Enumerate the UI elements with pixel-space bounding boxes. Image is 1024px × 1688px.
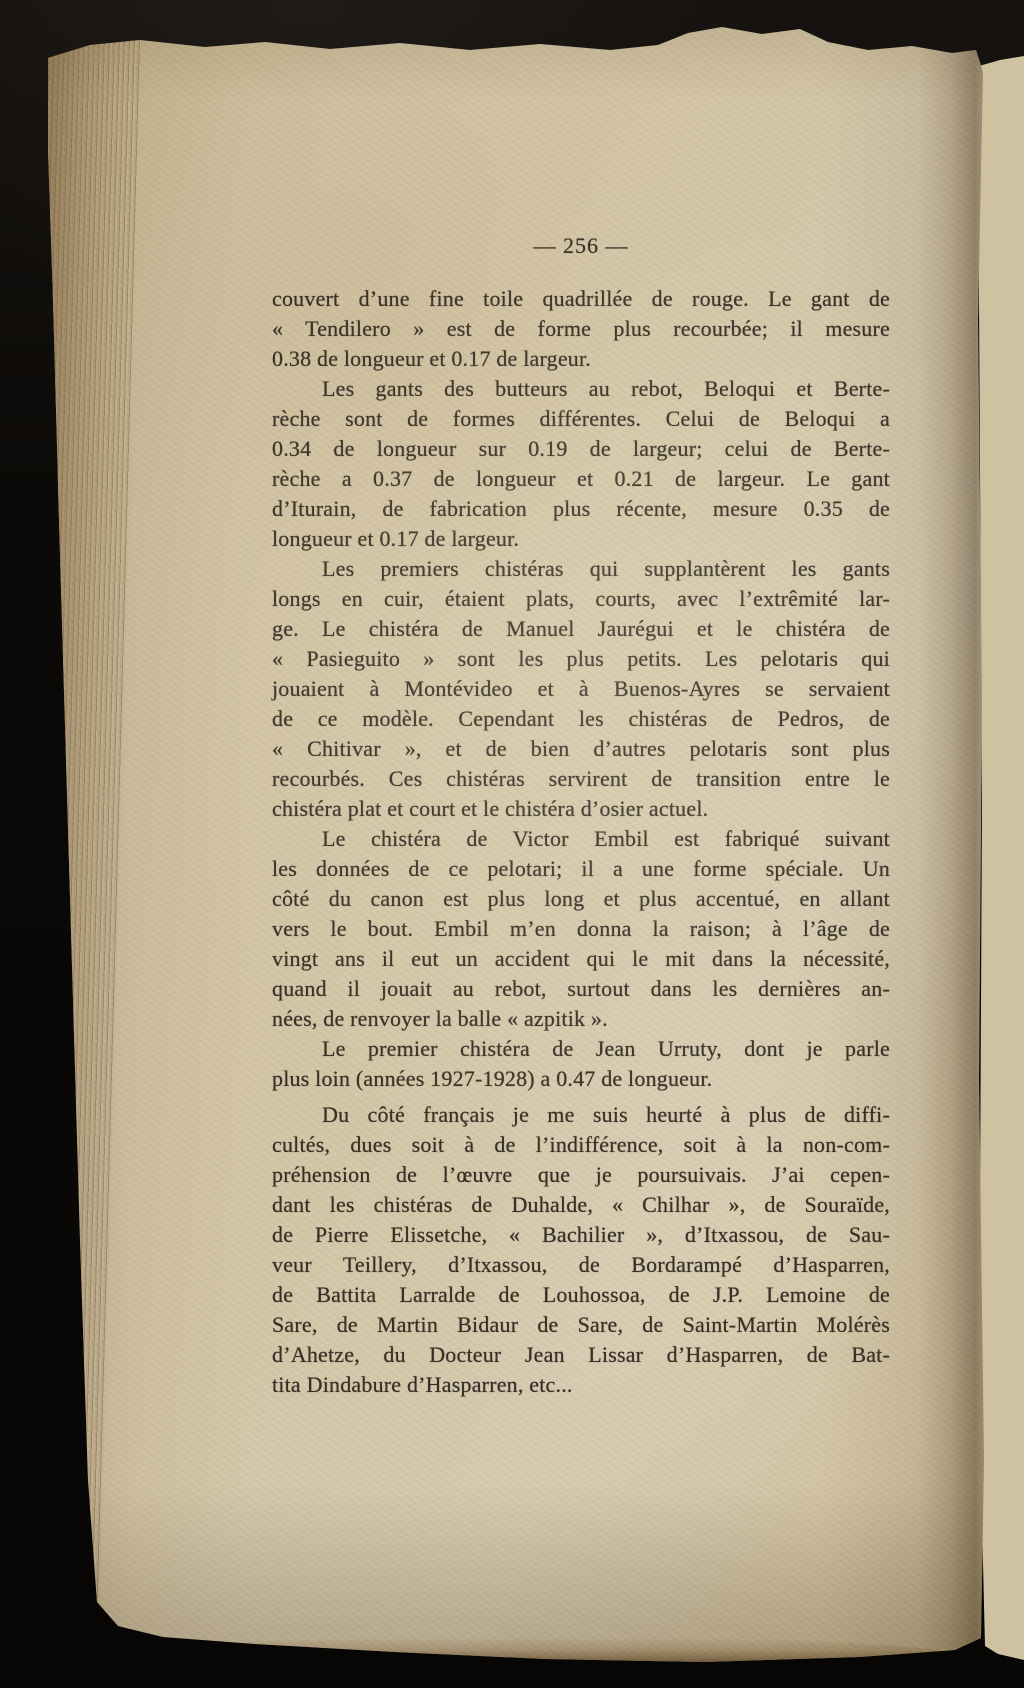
text-line: Le premier chistéra de Jean Urruty, dont… (272, 1034, 890, 1064)
text-line: de Battita Larralde de Louhossoa, de J.P… (272, 1280, 890, 1310)
text-line: vingt ans il eut un accident qui le mit … (272, 944, 890, 974)
text-line: rèche sont de formes différentes. Celui … (272, 404, 890, 434)
book-photo: — 256 — couvert d’une fine toile quadril… (0, 0, 1024, 1688)
text-line: jouaient à Montévideo et à Buenos-Ayres … (272, 674, 890, 704)
paragraph: Le premier chistéra de Jean Urruty, dont… (272, 1034, 890, 1094)
text-line: longueur et 0.17 de largeur. (272, 524, 890, 554)
text-line: de ce modèle. Cependant les chistéras de… (272, 704, 890, 734)
text-line: couvert d’une fine toile quadrillée de r… (272, 284, 890, 314)
text-line: « Pasieguito » sont les plus petits. Les… (272, 644, 890, 674)
text-line: « Tendilero » est de forme plus recourbé… (272, 314, 890, 344)
text-line: côté du canon est plus long et plus acce… (272, 884, 890, 914)
text-line: Du côté français je me suis heurté à plu… (272, 1100, 890, 1130)
text-line: Le chistéra de Victor Embil est fabriqué… (272, 824, 890, 854)
text-line: dant les chistéras de Duhalde, « Chilhar… (272, 1190, 890, 1220)
text-line: vers le bout. Embil m’en donna la raison… (272, 914, 890, 944)
paragraph: Du côté français je me suis heurté à plu… (272, 1100, 890, 1400)
paragraph: Le chistéra de Victor Embil est fabriqué… (272, 824, 890, 1034)
text-line: ge. Le chistéra de Manuel Jaurégui et le… (272, 614, 890, 644)
text-line: Les gants des butteurs au rebot, Beloqui… (272, 374, 890, 404)
gutter-shadow (918, 40, 988, 1650)
paragraph: Les premiers chistéras qui supplantèrent… (272, 554, 890, 824)
text-line: d’Iturain, de fabrication plus récente, … (272, 494, 890, 524)
book-page: — 256 — couvert d’une fine toile quadril… (0, 0, 1024, 1688)
text-line: tita Dindabure d’Hasparren, etc... (272, 1370, 890, 1400)
paragraph: couvert d’une fine toile quadrillée de r… (272, 284, 890, 374)
text-line: d’Ahetze, du Docteur Jean Lissar d’Haspa… (272, 1340, 890, 1370)
text-line: 0.34 de longueur sur 0.19 de largeur; ce… (272, 434, 890, 464)
text-block: couvert d’une fine toile quadrillée de r… (272, 284, 890, 1400)
page-number: — 256 — (272, 231, 890, 261)
text-line: Sare, de Martin Bidaur de Sare, de Saint… (272, 1310, 890, 1340)
text-line: longs en cuir, étaient plats, courts, av… (272, 584, 890, 614)
text-line: de Pierre Elissetche, « Bachilier », d’I… (272, 1220, 890, 1250)
text-line: rèche a 0.37 de longueur et 0.21 de larg… (272, 464, 890, 494)
text-line: nées, de renvoyer la balle « azpitik ». (272, 1004, 890, 1034)
bottom-page-edges (110, 1638, 974, 1664)
text-line: cultés, dues soit à de l’indifférence, s… (272, 1130, 890, 1160)
paragraph: Les gants des butteurs au rebot, Beloqui… (272, 374, 890, 554)
text-line: quand il jouait au rebot, surtout dans l… (272, 974, 890, 1004)
text-line: recourbés. Ces chistéras servirent de tr… (272, 764, 890, 794)
text-line: 0.38 de longueur et 0.17 de largeur. (272, 344, 890, 374)
stacked-page-edges (1, 36, 142, 1644)
text-line: préhension de l’œuvre que je poursuivais… (272, 1160, 890, 1190)
text-line: les données de ce pelotari; il a une for… (272, 854, 890, 884)
text-line: Les premiers chistéras qui supplantèrent… (272, 554, 890, 584)
text-line: veur Teillery, d’Itxassou, de Bordarampé… (272, 1250, 890, 1280)
text-line: plus loin (années 1927-1928) a 0.47 de l… (272, 1064, 890, 1094)
text-line: chistéra plat et court et le chistéra d’… (272, 794, 890, 824)
text-line: « Chitivar », et de bien d’autres pelota… (272, 734, 890, 764)
